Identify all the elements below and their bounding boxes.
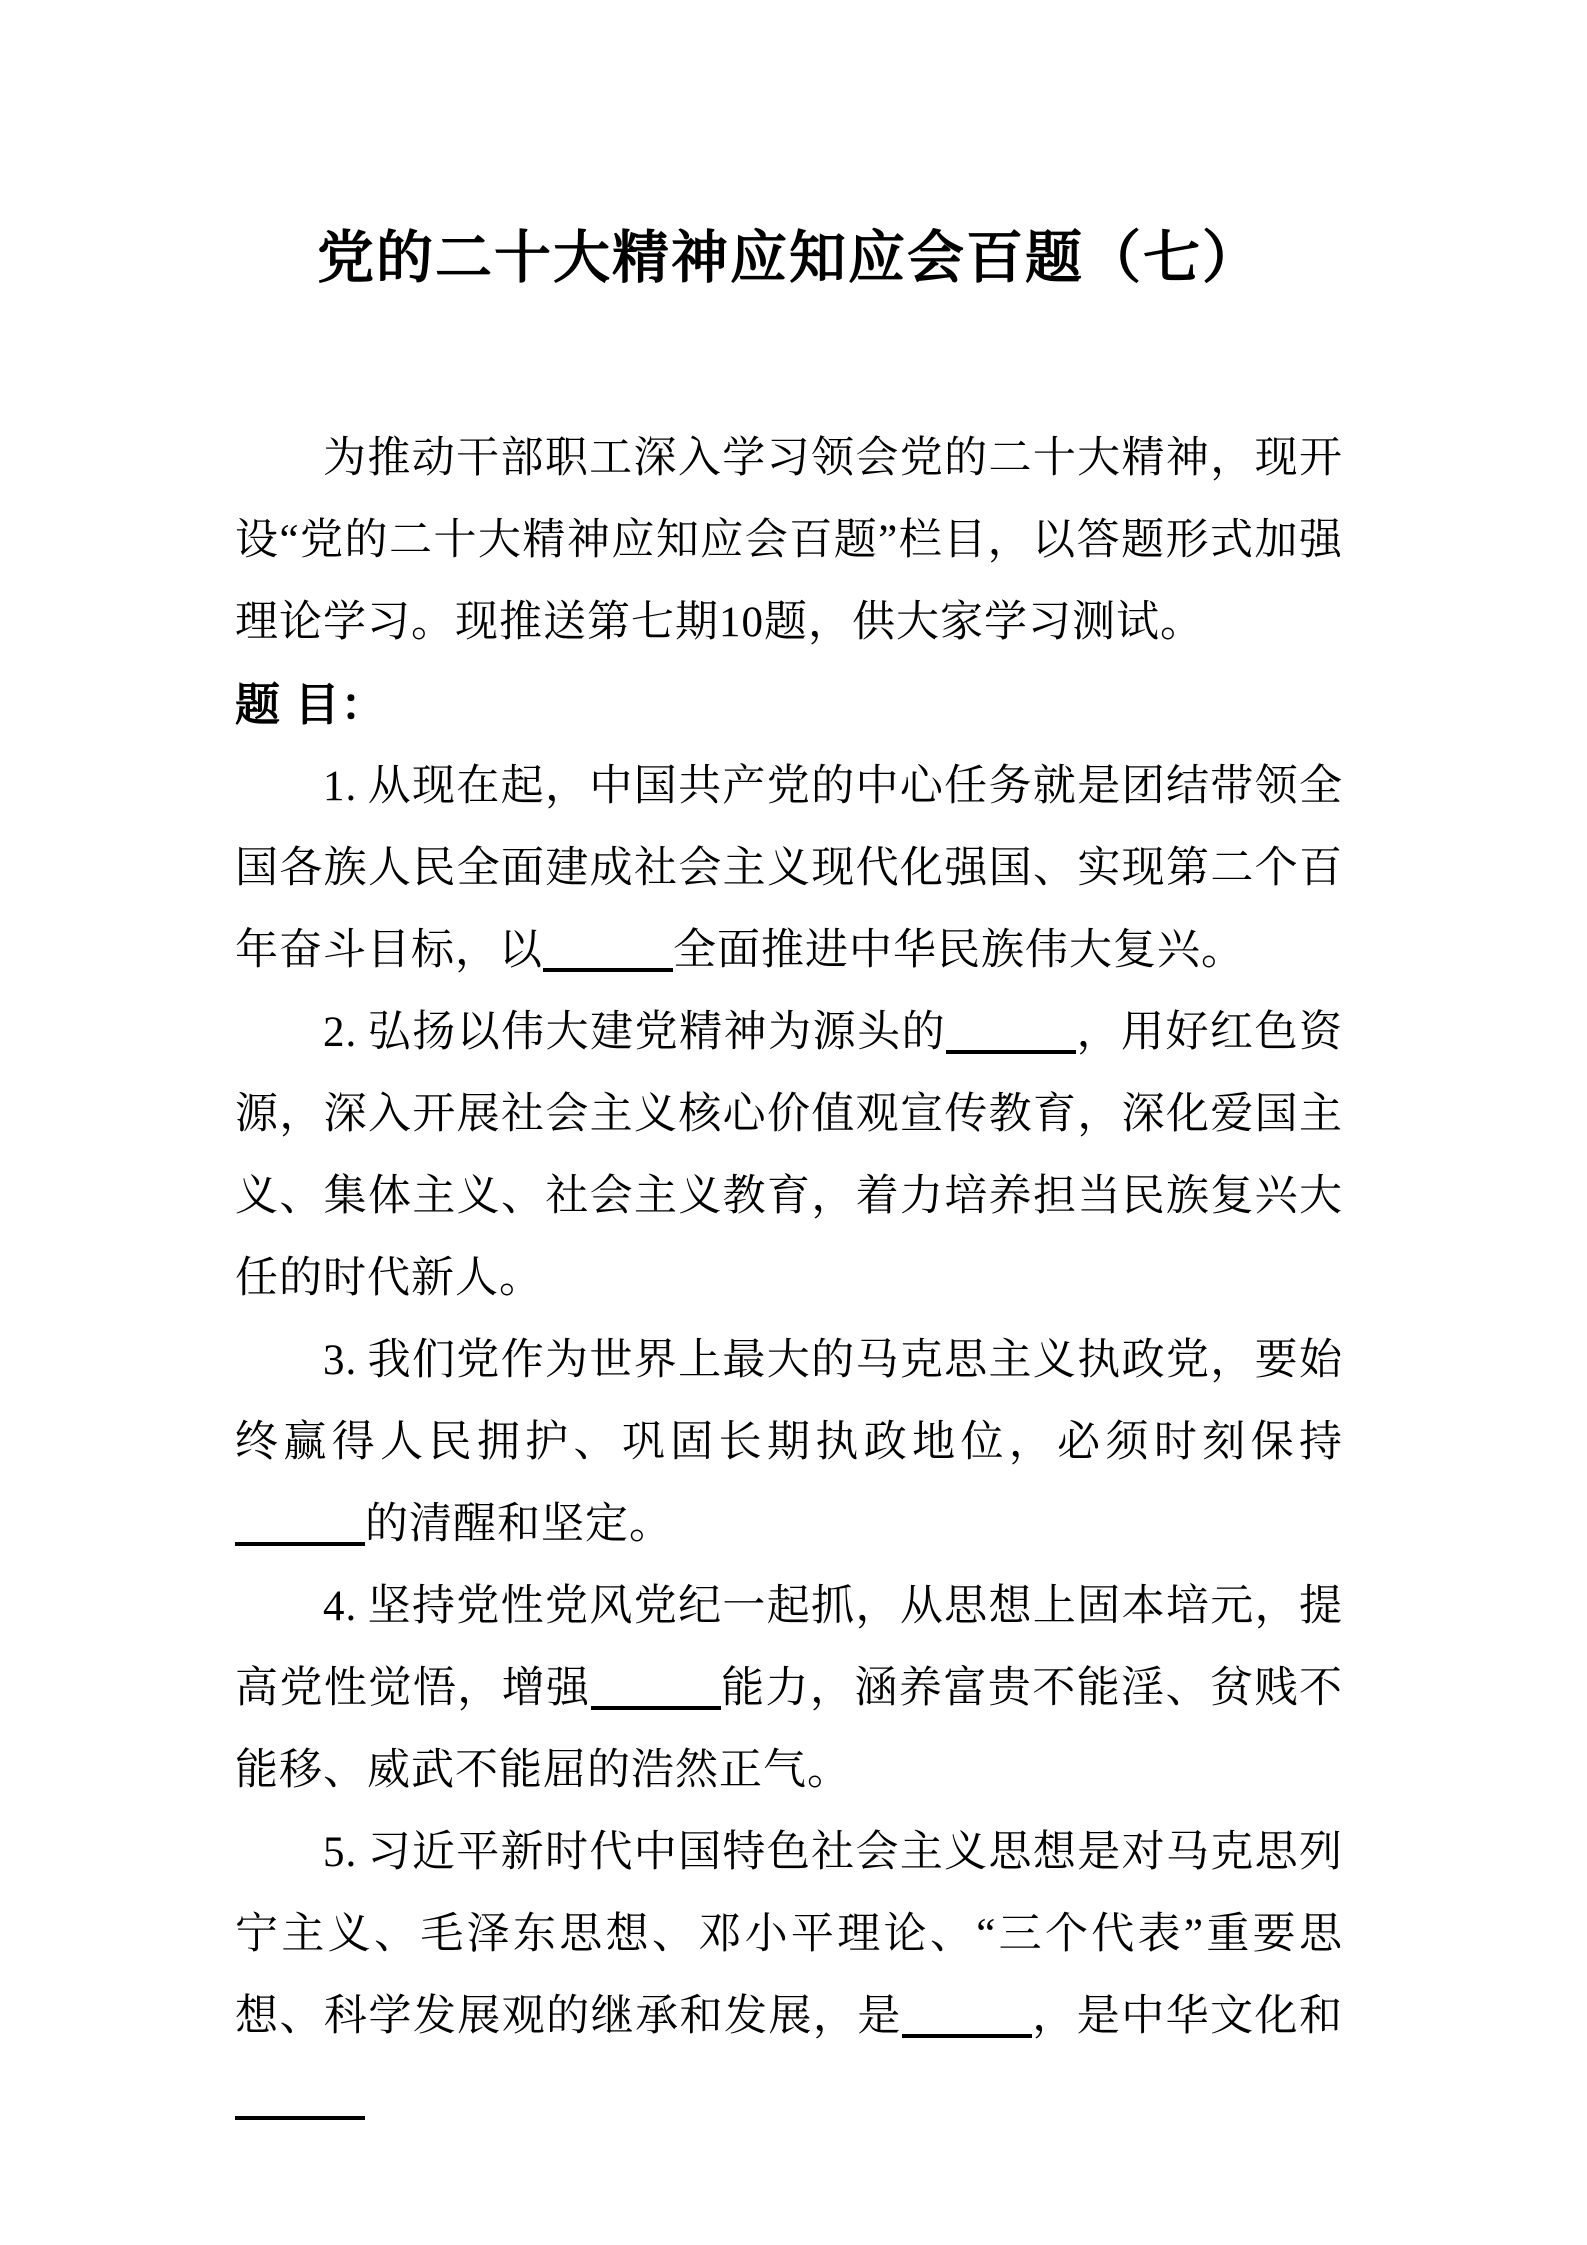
fill-in-blank-line [235, 1534, 365, 1546]
question-number: 5. [323, 1829, 367, 1876]
fill-in-blank-line [543, 960, 673, 972]
question-number: 2. [323, 1009, 367, 1056]
question-text: 全面推进中华民族伟大复兴。 [673, 927, 1245, 974]
question-text: 的清醒和坚定。 [365, 1501, 673, 1548]
document-title: 党的二十大精神应知应会百题（七） [235, 222, 1343, 294]
question-number: 4. [323, 1583, 367, 1630]
fill-in-blank-line [591, 1698, 721, 1710]
question-number: 3. [323, 1337, 367, 1384]
question-3: 3.我们党作为世界上最大的马克思主义执政党，要始终赢得人民拥护、巩固长期执政地位… [235, 1320, 1343, 1566]
document-page: 党的二十大精神应知应会百题（七） 为推动干部职工深入学习领会党的二十大精神，现开… [0, 0, 1587, 2245]
section-heading: 题 目： [235, 664, 1343, 746]
question-2: 2.弘扬以伟大建党精神为源头的，用好红色资源，深入开展社会主义核心价值观宣传教育… [235, 992, 1343, 1320]
question-number: 1. [323, 763, 367, 810]
fill-in-blank-line [235, 2108, 365, 2120]
fill-in-blank-line [946, 1042, 1076, 1054]
question-1: 1.从现在起，中国共产党的中心任务就是团结带领全国各族人民全面建成社会主义现代化… [235, 746, 1343, 992]
question-4: 4.坚持党性党风党纪一起抓，从思想上固本培元，提高党性觉悟，增强能力，涵养富贵不… [235, 1566, 1343, 1812]
question-text: ，是中华文化和 [1032, 1993, 1343, 2040]
question-text: 我们党作为世界上最大的马克思主义执政党，要始终赢得人民拥护、巩固长期执政地位，必… [235, 1337, 1343, 1466]
intro-paragraph: 为推动干部职工深入学习领会党的二十大精神，现开设“党的二十大精神应知应会百题”栏… [235, 418, 1343, 664]
question-list: 1.从现在起，中国共产党的中心任务就是团结带领全国各族人民全面建成社会主义现代化… [235, 746, 1343, 2140]
fill-in-blank-line [902, 2026, 1032, 2038]
question-5: 5.习近平新时代中国特色社会主义思想是对马克思列宁主义、毛泽东思想、邓小平理论、… [235, 1812, 1343, 2140]
question-text: 弘扬以伟大建党精神为源头的 [367, 1009, 946, 1056]
